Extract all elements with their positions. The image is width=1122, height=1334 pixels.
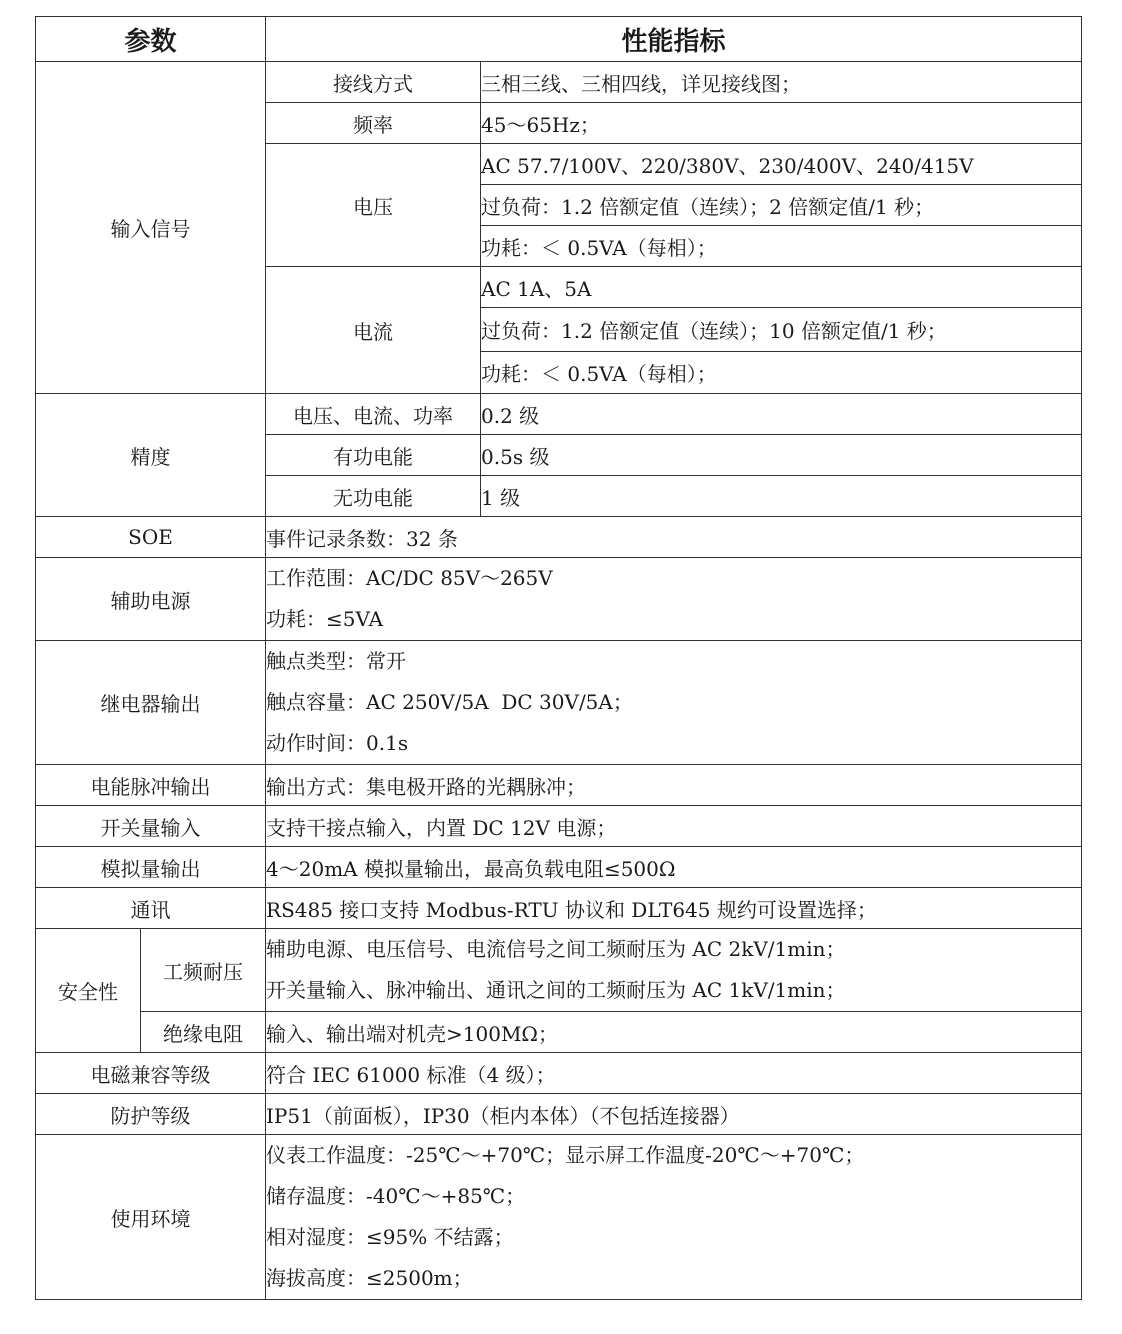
table-row: 电能脉冲输出 输出方式：集电极开路的光耦脉冲； [36,765,1082,806]
value-current-overload: 过负荷：1.2 倍额定值（连续）；10 倍额定值/1 秒； [481,308,1082,352]
env-storage-temp: 储存温度：-40℃～+85℃； [266,1176,1081,1217]
value-emc: 符合 IEC 61000 标准（4 级）； [266,1053,1082,1094]
sub-voltage: 电压 [266,144,481,267]
aux-power-consumption: 功耗：≤5VA [266,599,1081,640]
value-voltage-overload: 过负荷：1.2 倍额定值（连续）；2 倍额定值/1 秒； [481,185,1082,226]
table-row: 防护等级 IP51（前面板），IP30（柜内本体）（不包括连接器） [36,1094,1082,1135]
value-pulse: 输出方式：集电极开路的光耦脉冲； [266,765,1082,806]
value-switch-input: 支持干接点输入，内置 DC 12V 电源； [266,806,1082,847]
value-frequency: 45～65Hz； [481,103,1082,144]
table-row: 使用环境 仪表工作温度：-25℃～+70℃；显示屏工作温度-20℃～+70℃； … [36,1135,1082,1300]
value-accuracy-vip: 0.2 级 [481,394,1082,435]
aux-power-range: 工作范围：AC/DC 85V～265V [266,558,1081,599]
env-humidity: 相对湿度：≤95% 不结露； [266,1217,1081,1258]
value-aux-power: 工作范围：AC/DC 85V～265V 功耗：≤5VA [266,558,1082,641]
value-insulation: 输入、输出端对机壳>100MΩ； [266,1012,1082,1053]
param-soe: SOE [36,517,266,558]
relay-time: 动作时间：0.1s [266,723,1081,764]
value-voltage-power: 功耗：＜ 0.5VA（每相）； [481,226,1082,267]
env-operating-temp: 仪表工作温度：-25℃～+70℃；显示屏工作温度-20℃～+70℃； [266,1135,1081,1176]
table-row: 模拟量输出 4～20mA 模拟量输出，最高负载电阻≤500Ω [36,847,1082,888]
table-row: SOE 事件记录条数：32 条 [36,517,1082,558]
value-accuracy-active: 0.5s 级 [481,435,1082,476]
value-current-power: 功耗：＜ 0.5VA（每相）； [481,352,1082,394]
param-protection: 防护等级 [36,1094,266,1135]
value-protection: IP51（前面板），IP30（柜内本体）（不包括连接器） [266,1094,1082,1135]
table-row: 开关量输入 支持干接点输入，内置 DC 12V 电源； [36,806,1082,847]
value-soe: 事件记录条数：32 条 [266,517,1082,558]
sub-accuracy-reactive: 无功电能 [266,476,481,517]
param-comm: 通讯 [36,888,266,929]
header-spec: 性能指标 [266,17,1082,62]
param-analog-output: 模拟量输出 [36,847,266,888]
sub-accuracy-vip: 电压、电流、功率 [266,394,481,435]
sub-current: 电流 [266,267,481,394]
param-pulse: 电能脉冲输出 [36,765,266,806]
value-current-range: AC 1A、5A [481,267,1082,308]
table-row: 精度 电压、电流、功率 0.2 级 [36,394,1082,435]
spec-table: 参数 性能指标 输入信号 接线方式 三相三线、三相四线，详见接线图； 频率 45… [35,16,1082,1300]
table-row: 安全性 工频耐压 辅助电源、电压信号、电流信号之间工频耐压为 AC 2kV/1m… [36,929,1082,1012]
value-environment: 仪表工作温度：-25℃～+70℃；显示屏工作温度-20℃～+70℃； 储存温度：… [266,1135,1082,1300]
param-safety: 安全性 [36,929,141,1053]
sub-insulation: 绝缘电阻 [141,1012,266,1053]
param-accuracy: 精度 [36,394,266,517]
relay-type: 触点类型：常开 [266,641,1081,682]
param-environment: 使用环境 [36,1135,266,1300]
sub-withstand: 工频耐压 [141,929,266,1012]
param-emc: 电磁兼容等级 [36,1053,266,1094]
param-relay: 继电器输出 [36,641,266,765]
value-voltage-range: AC 57.7/100V、220/380V、230/400V、240/415V [481,144,1082,185]
sub-wiring: 接线方式 [266,62,481,103]
value-analog-output: 4～20mA 模拟量输出，最高负载电阻≤500Ω [266,847,1082,888]
table-row: 电磁兼容等级 符合 IEC 61000 标准（4 级）； [36,1053,1082,1094]
table-row: 输入信号 接线方式 三相三线、三相四线，详见接线图； [36,62,1082,103]
sub-frequency: 频率 [266,103,481,144]
param-switch-input: 开关量输入 [36,806,266,847]
value-wiring: 三相三线、三相四线，详见接线图； [481,62,1082,103]
param-aux-power: 辅助电源 [36,558,266,641]
header-row: 参数 性能指标 [36,17,1082,62]
value-withstand: 辅助电源、电压信号、电流信号之间工频耐压为 AC 2kV/1min； 开关量输入… [266,929,1082,1012]
relay-capacity: 触点容量：AC 250V/5A DC 30V/5A； [266,682,1081,723]
table-row: 通讯 RS485 接口支持 Modbus-RTU 协议和 DLT645 规约可设… [36,888,1082,929]
param-input-signal: 输入信号 [36,62,266,394]
table-row: 继电器输出 触点类型：常开 触点容量：AC 250V/5A DC 30V/5A；… [36,641,1082,765]
withstand-line-2: 开关量输入、脉冲输出、通讯之间的工频耐压为 AC 1kV/1min； [266,970,1081,1011]
table-row: 辅助电源 工作范围：AC/DC 85V～265V 功耗：≤5VA [36,558,1082,641]
env-altitude: 海拔高度：≤2500m； [266,1258,1081,1299]
withstand-line-1: 辅助电源、电压信号、电流信号之间工频耐压为 AC 2kV/1min； [266,929,1081,970]
value-comm: RS485 接口支持 Modbus-RTU 协议和 DLT645 规约可设置选择… [266,888,1082,929]
table-row: 绝缘电阻 输入、输出端对机壳>100MΩ； [36,1012,1082,1053]
value-accuracy-reactive: 1 级 [481,476,1082,517]
sub-accuracy-active: 有功电能 [266,435,481,476]
value-relay: 触点类型：常开 触点容量：AC 250V/5A DC 30V/5A； 动作时间：… [266,641,1082,765]
header-param: 参数 [36,17,266,62]
